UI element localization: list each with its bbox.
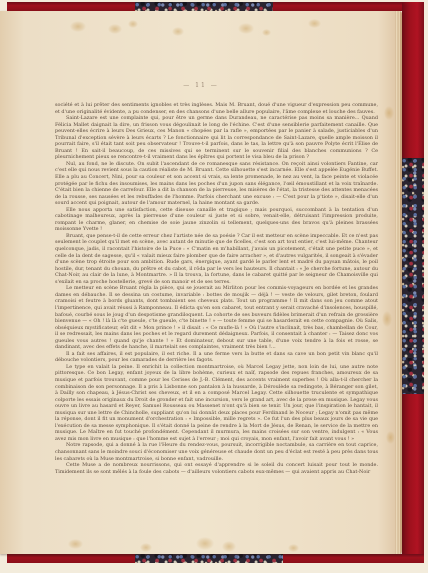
paragraph: Saint-Lazare est une complainte qui, pou… xyxy=(55,115,378,161)
foxing-stain xyxy=(172,27,184,36)
foxing-stain xyxy=(384,106,394,120)
foxing-stain xyxy=(238,23,254,34)
foxing-stain xyxy=(288,544,299,552)
book-cover-edge-right xyxy=(402,2,424,561)
marbled-paper-bottom xyxy=(135,554,283,563)
paragraph: Bruant, que pense-t-il de cette erreur c… xyxy=(55,233,378,285)
paragraph: Elle nous apporta une satisfaction, cett… xyxy=(55,207,378,233)
foxing-stain xyxy=(196,537,214,550)
foxing-stain xyxy=(70,21,86,32)
page-stack-edge xyxy=(395,11,402,554)
book-page: — 11 — société et à lui prêter des senti… xyxy=(0,11,402,554)
paragraph: Le metteur en scène Bruant régla la pièc… xyxy=(55,285,378,350)
foxing-stain xyxy=(386,431,395,444)
foxing-stain xyxy=(262,29,271,36)
foxing-stain xyxy=(68,539,83,549)
book-photo: — 11 — société et à lui prêter des senti… xyxy=(0,0,428,573)
foxing-stain xyxy=(128,20,138,28)
foxing-stain xyxy=(108,24,122,34)
paragraph: Il a fait ses affaires, il est populaire… xyxy=(55,351,378,364)
foxing-stain xyxy=(222,541,236,552)
paragraph: Notre rapsode, qui a donné à la rue l'He… xyxy=(55,442,378,462)
marbled-paper-right xyxy=(402,158,424,394)
foxing-stain xyxy=(308,19,321,28)
marbled-paper-top xyxy=(135,2,273,11)
paragraph: Cette Muse a de nombreux nourrissons, qu… xyxy=(55,462,378,475)
book-cover-edge-top xyxy=(7,2,424,11)
paragraph: Nul, au fond, ne le discute. On subit l'… xyxy=(55,161,378,207)
page-number: — 11 — xyxy=(0,82,402,89)
foxing-stain xyxy=(382,311,392,327)
paragraph: Le type en valait la peine. Il enrichit … xyxy=(55,364,378,443)
foxing-stain xyxy=(140,543,152,552)
book-cover-edge-bottom xyxy=(7,554,424,563)
paragraph: société et à lui prêter des sentiments i… xyxy=(55,102,378,115)
text-block: société et à lui prêter des sentiments i… xyxy=(55,102,378,475)
